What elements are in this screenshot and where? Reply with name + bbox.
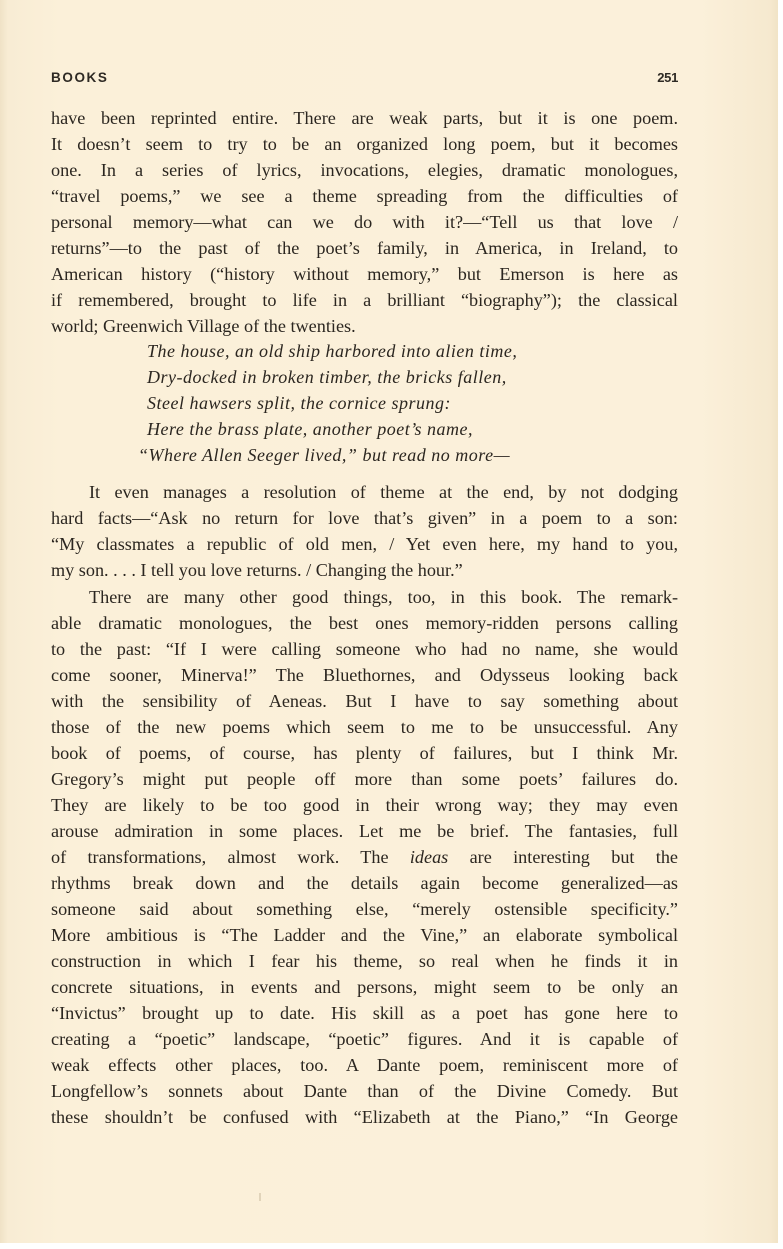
text-line: It doesn’t seem to try to be an organize… bbox=[51, 131, 678, 157]
text-line: arouse admiration in some places. Let me… bbox=[51, 818, 678, 844]
text-line: creating a “poetic” landscape, “poetic” … bbox=[51, 1026, 678, 1052]
text-line: concrete situations, in events and perso… bbox=[51, 974, 678, 1000]
text-line: these shouldn’t be confused with “Elizab… bbox=[51, 1104, 678, 1130]
text-line: those of the new poems which seem to me … bbox=[51, 714, 678, 740]
poem-verse: Dry-docked in broken timber, the bricks … bbox=[147, 364, 517, 390]
poem-verse: Steel hawsers split, the cornice sprung: bbox=[147, 390, 517, 416]
text-line: someone said about something else, “mere… bbox=[51, 896, 678, 922]
page-number: 251 bbox=[657, 70, 678, 85]
poem-verse: The house, an old ship harbored into ali… bbox=[147, 338, 517, 364]
poem-verse: “Where Allen Seeger lived,” but read no … bbox=[138, 442, 517, 468]
text-line: personal memory—what can we do with it?—… bbox=[51, 209, 678, 235]
text-line: book of poems, of course, has plenty of … bbox=[51, 740, 678, 766]
text-segment: are interesting but the bbox=[448, 847, 678, 867]
text-line: come sooner, Minerva!” The Bluethornes, … bbox=[51, 662, 678, 688]
text-line: There are many other good things, too, i… bbox=[51, 584, 678, 610]
paragraph-1: have been reprinted entire. There are we… bbox=[51, 105, 678, 339]
paragraph-3: There are many other good things, too, i… bbox=[51, 584, 678, 1130]
text-line: They are likely to be too good in their … bbox=[51, 792, 678, 818]
paragraph-2: It even manages a resolution of theme at… bbox=[51, 479, 678, 583]
text-line: Gregory’s might put people off more than… bbox=[51, 766, 678, 792]
text-line: my son. . . . I tell you love returns. /… bbox=[51, 557, 678, 583]
paper-blemish bbox=[259, 1193, 261, 1201]
text-line: “travel poems,” we see a theme spreading… bbox=[51, 183, 678, 209]
text-line: returns”—to the past of the poet’s famil… bbox=[51, 235, 678, 261]
text-line-with-emphasis: of transformations, almost work. The ide… bbox=[51, 844, 678, 870]
book-page: BOOKS 251 have been reprinted entire. Th… bbox=[0, 0, 778, 1243]
text-line: able dramatic monologues, the best ones … bbox=[51, 610, 678, 636]
text-line: one. In a series of lyrics, invocations,… bbox=[51, 157, 678, 183]
text-line: American history (“history without memor… bbox=[51, 261, 678, 287]
text-line: to the past: “If I were calling someone … bbox=[51, 636, 678, 662]
text-line: weak effects other places, too. A Dante … bbox=[51, 1052, 678, 1078]
text-line: More ambitious is “The Ladder and the Vi… bbox=[51, 922, 678, 948]
text-line: construction in which I fear his theme, … bbox=[51, 948, 678, 974]
poem-verse: Here the brass plate, another poet’s nam… bbox=[147, 416, 517, 442]
emphasized-word: ideas bbox=[410, 847, 448, 867]
text-line: Longfellow’s sonnets about Dante than of… bbox=[51, 1078, 678, 1104]
text-line: “My classmates a republic of old men, / … bbox=[51, 531, 678, 557]
text-line: have been reprinted entire. There are we… bbox=[51, 105, 678, 131]
text-line: with the sensibility of Aeneas. But I ha… bbox=[51, 688, 678, 714]
text-line: world; Greenwich Village of the twenties… bbox=[51, 313, 678, 339]
text-line: rhythms break down and the details again… bbox=[51, 870, 678, 896]
poem-quotation: The house, an old ship harbored into ali… bbox=[147, 338, 517, 468]
text-line: “Invictus” brought up to date. His skill… bbox=[51, 1000, 678, 1026]
text-line: if remembered, brought to life in a bril… bbox=[51, 287, 678, 313]
text-line: It even manages a resolution of theme at… bbox=[51, 479, 678, 505]
text-segment: of transformations, almost work. The bbox=[51, 847, 410, 867]
text-line: hard facts—“Ask no return for love that’… bbox=[51, 505, 678, 531]
section-title: BOOKS bbox=[51, 70, 109, 85]
running-head: BOOKS 251 bbox=[51, 70, 678, 90]
